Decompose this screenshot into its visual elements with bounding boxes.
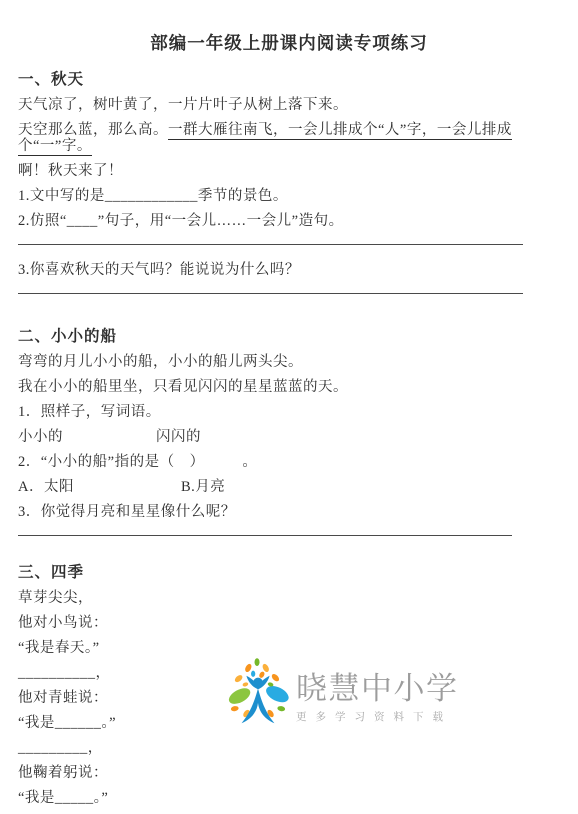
worksheet-page: 部编一年级上册课内阅读专项练习 一、秋天 天气凉了，树叶黄了，一片片叶子从树上落… [0, 0, 578, 814]
example-word-1: 小小的 [18, 429, 63, 445]
logo-leaf [230, 706, 239, 712]
watermark-name: 晓慧中小学 [296, 672, 459, 706]
poem-line: 草芽尖尖， [18, 590, 532, 606]
poem-line: “我是春天。” [18, 640, 532, 656]
poem-line: 他鞠着躬说： [18, 765, 532, 781]
logo-leaf [227, 685, 253, 707]
section-heading: 二、小小的船 [18, 324, 532, 346]
answer-line [18, 244, 523, 245]
poem-blank-line: “我是_____。” [18, 790, 532, 806]
option-b-label: B.月亮 [181, 479, 225, 495]
section-heading: 三、四季 [18, 560, 532, 582]
logo-leaf [270, 673, 280, 683]
section-autumn: 一、秋天 天气凉了，树叶黄了，一片片叶子从树上落下来。 天空那么蓝，那么高。一群… [18, 67, 532, 294]
tree-person-logo-icon [227, 655, 289, 741]
option-a-label: A．太阳 [18, 479, 74, 495]
question-line: 2．“小小的船”指的是（ ） 。 [18, 454, 532, 470]
logo-leaf [264, 683, 289, 706]
section-heading: 一、秋天 [18, 67, 532, 89]
question-line: 1．照样子，写词语。 [18, 404, 532, 420]
logo-leaf [234, 674, 244, 684]
passage-text: 天空那么蓝，那么高。 [18, 122, 168, 138]
watermark-text: 晓慧中小学 更多学习资料下载 [296, 672, 459, 724]
answer-line [18, 535, 512, 536]
poem-blank-line: _________， [18, 740, 532, 756]
passage-line: 天气凉了，树叶黄了，一片片叶子从树上落下来。 [18, 97, 532, 113]
answer-line [18, 293, 523, 294]
passage-line: 啊！秋天来了！ [18, 163, 532, 179]
passage-line: 天空那么蓝，那么高。一群大雁往南飞，一会儿排成个“人”字，一会儿排成个“一”字。 [18, 122, 532, 154]
passage-line: 弯弯的月儿小小的船，小小的船儿两头尖。 [18, 354, 532, 370]
passage-line: 我在小小的船里坐，只看见闪闪的星星蓝蓝的天。 [18, 379, 532, 395]
logo-leaf [277, 706, 286, 712]
logo-leaf [242, 682, 249, 688]
watermark-tagline: 更多学习资料下载 [296, 709, 459, 724]
page-title: 部编一年级上册课内阅读专项练习 [0, 0, 578, 55]
question-line: 1.文中写的是____________季节的景色。 [18, 188, 532, 204]
options-row: A．太阳B.月亮 [18, 479, 532, 495]
example-word-2: 闪闪的 [156, 429, 201, 445]
logo-leaf [261, 663, 270, 673]
question-line: 3.你喜欢秋天的天气吗？能说说为什么吗？ [18, 262, 532, 278]
logo-leaf [244, 663, 253, 673]
question-line: 2.仿照“____”句子，用“一会儿……一会儿”造句。 [18, 213, 532, 229]
logo-leaf [258, 671, 265, 679]
poem-line: 他对小鸟说： [18, 615, 532, 631]
watermark: 晓慧中小学 更多学习资料下载 [227, 655, 459, 741]
question-line: 3．你觉得月亮和星星像什么呢？ [18, 504, 532, 520]
logo-leaf [255, 658, 260, 666]
word-blank-row: 小小的闪闪的 [18, 429, 532, 445]
logo-leaf [251, 671, 255, 677]
section-little-boat: 二、小小的船 弯弯的月儿小小的船，小小的船儿两头尖。 我在小小的船里坐，只看见闪… [18, 324, 532, 536]
